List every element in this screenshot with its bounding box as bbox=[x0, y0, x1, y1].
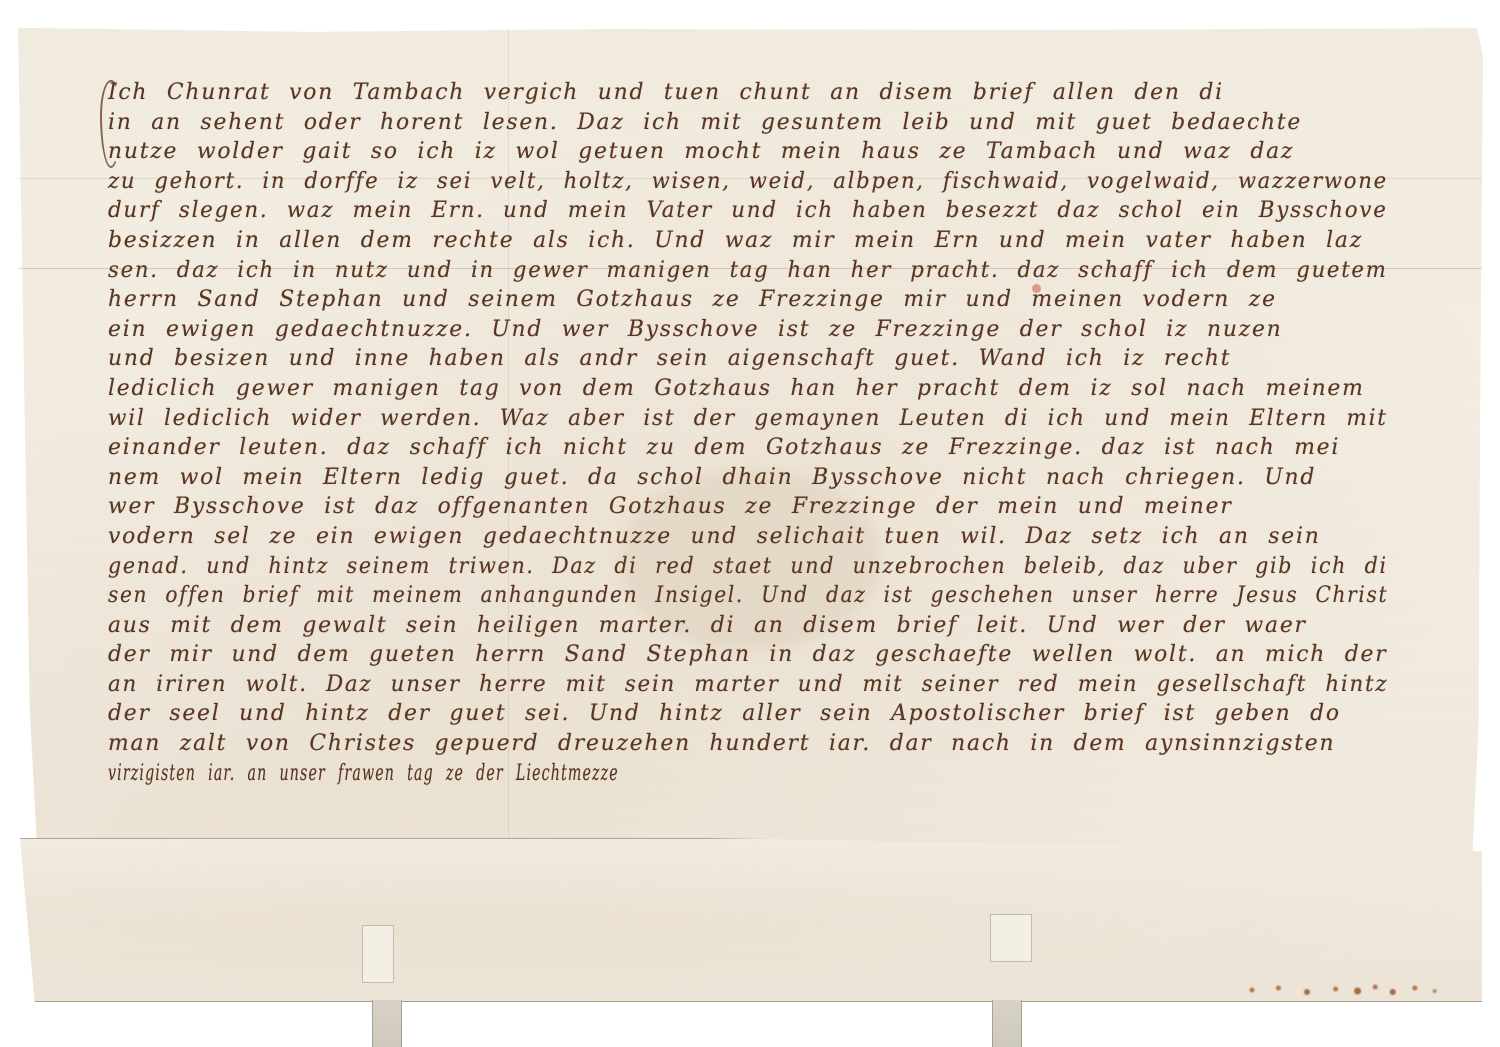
text-line: nem wol mein Eltern ledig guet. da schol… bbox=[108, 463, 1388, 493]
text-line: sen. daz ich in nutz und in gewer manige… bbox=[108, 256, 1350, 286]
plica-fold bbox=[20, 838, 1482, 1002]
text-line: sen offen brief mit meinem anhangunden I… bbox=[108, 581, 1288, 611]
text-line: vodern sel ze ein ewigen gedaechtnuzze u… bbox=[108, 522, 1388, 552]
text-line: herrn Sand Stephan und seinem Gotzhaus z… bbox=[108, 285, 1388, 315]
text-line: und besizen und inne haben als andr sein… bbox=[108, 344, 1388, 374]
text-line: zu gehort. in dorffe iz sei velt, holtz,… bbox=[108, 167, 1350, 197]
text-line: besizzen in allen dem rechte als ich. Un… bbox=[108, 226, 1388, 256]
text-line: ein ewigen gedaechtnuzze. Und wer Byssch… bbox=[108, 315, 1388, 345]
seal-tag-right bbox=[992, 1000, 1022, 1047]
text-line: lediclich gewer manigen tag von dem Gotz… bbox=[108, 374, 1388, 404]
text-line: wil lediclich wider werden. Waz aber ist… bbox=[108, 404, 1373, 434]
rust-spotting bbox=[1230, 980, 1450, 1000]
text-line: der mir und dem gueten herrn Sand Stepha… bbox=[108, 640, 1388, 670]
text-line: in an sehent oder horent lesen. Daz ich … bbox=[108, 108, 1388, 138]
seal-slit-right bbox=[990, 914, 1032, 962]
text-line: nutze wolder gait so ich iz wol getuen m… bbox=[108, 137, 1388, 167]
text-line: man zalt von Christes gepuerd dreuzehen … bbox=[108, 729, 1388, 759]
text-line: genad. und hintz seinem triwen. Daz di r… bbox=[108, 552, 1314, 582]
text-line: an iriren wolt. Daz unser herre mit sein… bbox=[108, 670, 1362, 700]
text-line: aus mit dem gewalt sein heiligen marter.… bbox=[108, 611, 1388, 641]
text-line: der seel und hintz der guet sei. Und hin… bbox=[108, 699, 1388, 729]
text-line: durf slegen. waz mein Ern. und mein Vate… bbox=[108, 196, 1362, 226]
text-line: Ich Chunrat von Tambach vergich und tuen… bbox=[108, 78, 1388, 108]
seal-slit-left bbox=[362, 925, 394, 983]
charter-text: Ich Chunrat von Tambach vergich und tuen… bbox=[108, 78, 1398, 788]
text-line: wer Bysschove ist daz offgenanten Gotzha… bbox=[108, 492, 1388, 522]
text-line: virzigisten iar. an unser frawen tag ze … bbox=[108, 759, 938, 789]
seal-tag-left bbox=[372, 1000, 402, 1047]
text-line: einander leuten. daz schaff ich nicht zu… bbox=[108, 433, 1388, 463]
